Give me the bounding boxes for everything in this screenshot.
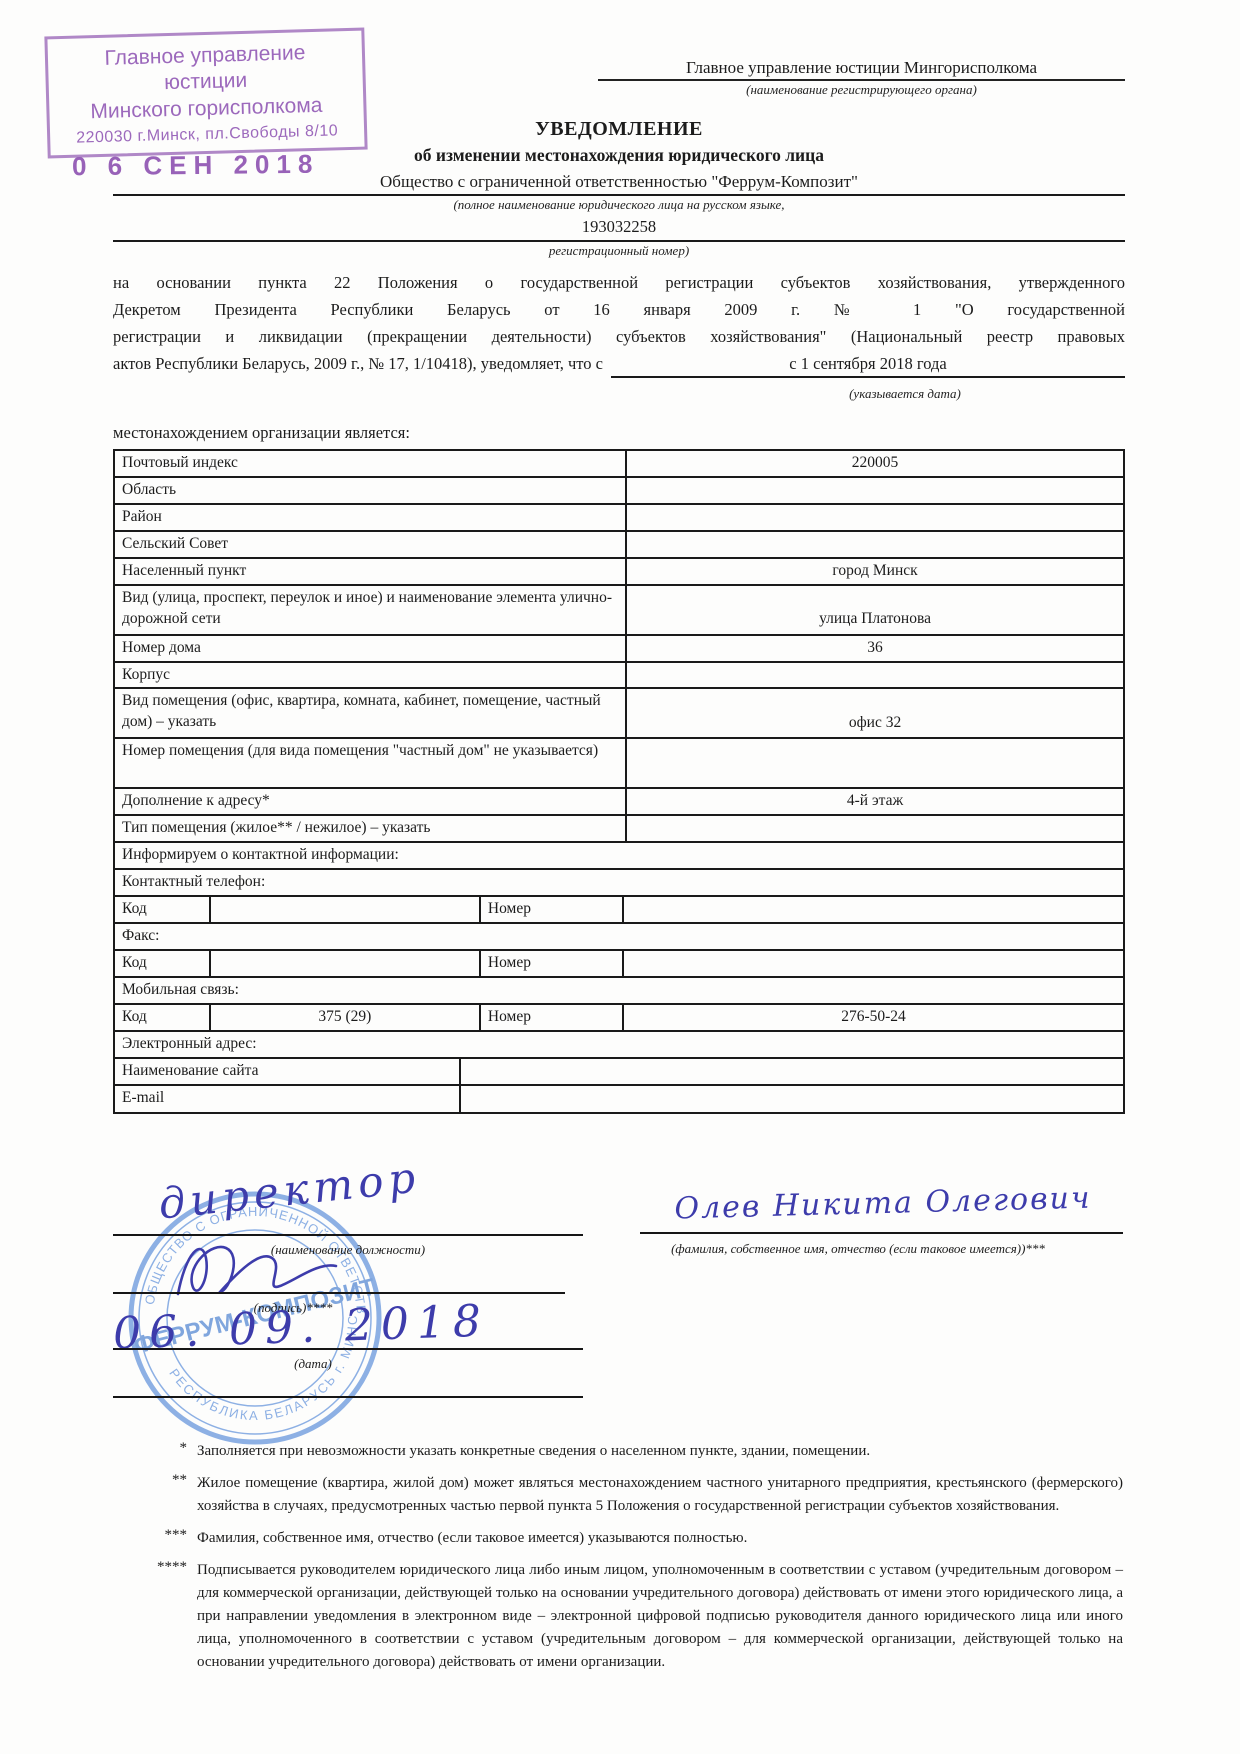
- table-cell-code-label: Код: [115, 897, 211, 922]
- table-cell-value: 4-й этаж: [627, 789, 1123, 814]
- table-cell-label: Населенный пункт: [115, 559, 627, 584]
- table-cell-label: Почтовый индекс: [115, 451, 627, 476]
- table-cell-value: [627, 816, 1123, 841]
- table-row: Вид (улица, проспект, переулок и иное) и…: [115, 586, 1123, 636]
- table-row: Электронный адрес:: [115, 1032, 1123, 1059]
- table-cell-code-label: Код: [115, 1005, 211, 1030]
- effective-date-caption: (указывается дата): [685, 380, 1125, 407]
- table-section-label: Контактный телефон:: [115, 870, 1123, 895]
- signature-scribble: [168, 1232, 358, 1308]
- signature-section: ОБЩЕСТВО С ОГРАНИЧЕННОЙ ОТВЕТСТВЕННОСТЬЮ…: [113, 1114, 1125, 1424]
- table-row: Почтовый индекс220005: [115, 451, 1123, 478]
- table-row: КодНомер: [115, 951, 1123, 978]
- date-received-stamp: 0 6 СЕН 2018: [72, 149, 320, 183]
- table-cell-value: [627, 532, 1123, 557]
- footnote-marker: ***: [113, 1527, 197, 1550]
- table-cell-value: [461, 1059, 1123, 1084]
- table-row: Код375 (29)Номер276-50-24: [115, 1005, 1123, 1032]
- footnote: ** Жилое помещение (квартира, жилой дом)…: [113, 1472, 1125, 1518]
- body-paragraph: на основании пункта 22 Положения о госуд…: [113, 269, 1125, 407]
- registering-authority-caption: (наименование регистрирующего органа): [598, 82, 1125, 98]
- footnote-text: Подписывается руководителем юридического…: [197, 1559, 1125, 1674]
- table-row: E-mail: [115, 1086, 1123, 1112]
- body-line: регистрации и ликвидации (прекращении де…: [113, 323, 1125, 350]
- table-section-label: Информируем о контактной информации:: [115, 843, 1123, 868]
- table-row: Наименование сайта: [115, 1059, 1123, 1086]
- table-cell-label: Номер помещения (для вида помещения "час…: [115, 739, 627, 787]
- table-cell-label: Корпус: [115, 663, 627, 688]
- table-section-label: Факс:: [115, 924, 1123, 949]
- table-cell-number-value: [624, 897, 1123, 922]
- footnote-text: Фамилия, собственное имя, отчество (если…: [197, 1527, 1125, 1550]
- table-cell-value: 36: [627, 636, 1123, 661]
- table-row: Область: [115, 478, 1123, 505]
- footnote: **** Подписывается руководителем юридиче…: [113, 1559, 1125, 1674]
- address-table: Почтовый индекс220005ОбластьРайонСельски…: [113, 449, 1125, 1114]
- extra-line: [113, 1396, 583, 1398]
- date-line: [113, 1348, 583, 1350]
- registration-number-caption: регистрационный номер): [113, 243, 1125, 259]
- date-caption: (дата): [153, 1356, 473, 1372]
- table-cell-number-value: [624, 951, 1123, 976]
- table-cell-number-label: Номер: [481, 951, 624, 976]
- name-caption: (фамилия, собственное имя, отчество (есл…: [593, 1241, 1123, 1257]
- table-cell-value: [627, 739, 1123, 787]
- table-row: Населенный пунктгород Минск: [115, 559, 1123, 586]
- table-cell-number-value: 276-50-24: [624, 1005, 1123, 1030]
- table-cell-number-label: Номер: [481, 897, 624, 922]
- table-row: Факс:: [115, 924, 1123, 951]
- justice-office-stamp: Главное управление юстиции Минского гори…: [44, 28, 367, 159]
- company-name-caption: (полное наименование юридического лица н…: [113, 197, 1125, 213]
- footnotes: * Заполняется при невозможности указать …: [113, 1440, 1125, 1674]
- table-cell-label: Сельский Совет: [115, 532, 627, 557]
- table-cell-label: Номер дома: [115, 636, 627, 661]
- table-cell-label: Область: [115, 478, 627, 503]
- table-cell-label: Дополнение к адресу*: [115, 789, 627, 814]
- table-cell-label: Вид помещения (офис, квартира, комната, …: [115, 689, 627, 737]
- table-cell-number-label: Номер: [481, 1005, 624, 1030]
- table-section-label: Электронный адрес:: [115, 1032, 1123, 1057]
- location-intro: местонахождением организации является:: [113, 423, 1125, 443]
- effective-date: с 1 сентября 2018 года: [611, 352, 1125, 378]
- footnote-text: Жилое помещение (квартира, жилой дом) мо…: [197, 1472, 1125, 1518]
- table-cell-value: улица Платонова: [627, 586, 1123, 634]
- table-row: Номер помещения (для вида помещения "час…: [115, 739, 1123, 789]
- table-cell-value: 220005: [627, 451, 1123, 476]
- table-cell-code-value: [211, 897, 481, 922]
- table-row: Мобильная связь:: [115, 978, 1123, 1005]
- table-row: Корпус: [115, 663, 1123, 690]
- table-cell-label: E-mail: [115, 1086, 461, 1112]
- table-cell-value: город Минск: [627, 559, 1123, 584]
- table-cell-code-value: 375 (29): [211, 1005, 481, 1030]
- footnote-marker: ****: [113, 1559, 197, 1674]
- body-line: на основании пункта 22 Положения о госуд…: [113, 269, 1125, 296]
- table-row: Номер дома36: [115, 636, 1123, 663]
- stamp-line: 220030 г.Минск, пл.Свободы 8/10: [56, 121, 358, 149]
- body-line: Декретом Президента Республики Беларусь …: [113, 296, 1125, 323]
- table-cell-value: [461, 1086, 1123, 1112]
- table-row: КодНомер: [115, 897, 1123, 924]
- registering-authority-block: Главное управление юстиции Мингорисполко…: [598, 58, 1125, 98]
- body-line-prefix: актов Республики Беларусь, 2009 г., № 17…: [113, 350, 603, 377]
- table-cell-label: Наименование сайта: [115, 1059, 461, 1084]
- table-cell-code-value: [211, 951, 481, 976]
- registering-authority: Главное управление юстиции Мингорисполко…: [598, 58, 1125, 81]
- table-row: Тип помещения (жилое** / нежилое) – указ…: [115, 816, 1123, 843]
- table-row: Район: [115, 505, 1123, 532]
- table-row: Вид помещения (офис, квартира, комната, …: [115, 689, 1123, 739]
- document-page: Главное управление юстиции Минского гори…: [0, 0, 1240, 1754]
- table-cell-value: офис 32: [627, 689, 1123, 737]
- registration-number: 193032258: [113, 217, 1125, 242]
- table-cell-value: [627, 505, 1123, 530]
- table-row: Дополнение к адресу*4-й этаж: [115, 789, 1123, 816]
- table-cell-label: Вид (улица, проспект, переулок и иное) и…: [115, 586, 627, 634]
- table-cell-value: [627, 478, 1123, 503]
- table-cell-value: [627, 663, 1123, 688]
- table-row: Контактный телефон:: [115, 870, 1123, 897]
- body-line: актов Республики Беларусь, 2009 г., № 17…: [113, 350, 1125, 378]
- table-cell-label: Район: [115, 505, 627, 530]
- name-handwriting: Олев Никита Олегович: [633, 1179, 1134, 1227]
- table-cell-label: Тип помещения (жилое** / нежилое) – указ…: [115, 816, 627, 841]
- table-row: Сельский Совет: [115, 532, 1123, 559]
- table-cell-code-label: Код: [115, 951, 211, 976]
- table-section-label: Мобильная связь:: [115, 978, 1123, 1003]
- name-line: [640, 1232, 1123, 1234]
- signature-line: [113, 1292, 565, 1294]
- table-row: Информируем о контактной информации:: [115, 843, 1123, 870]
- footnote-marker: **: [113, 1472, 197, 1518]
- footnote: *** Фамилия, собственное имя, отчество (…: [113, 1527, 1125, 1550]
